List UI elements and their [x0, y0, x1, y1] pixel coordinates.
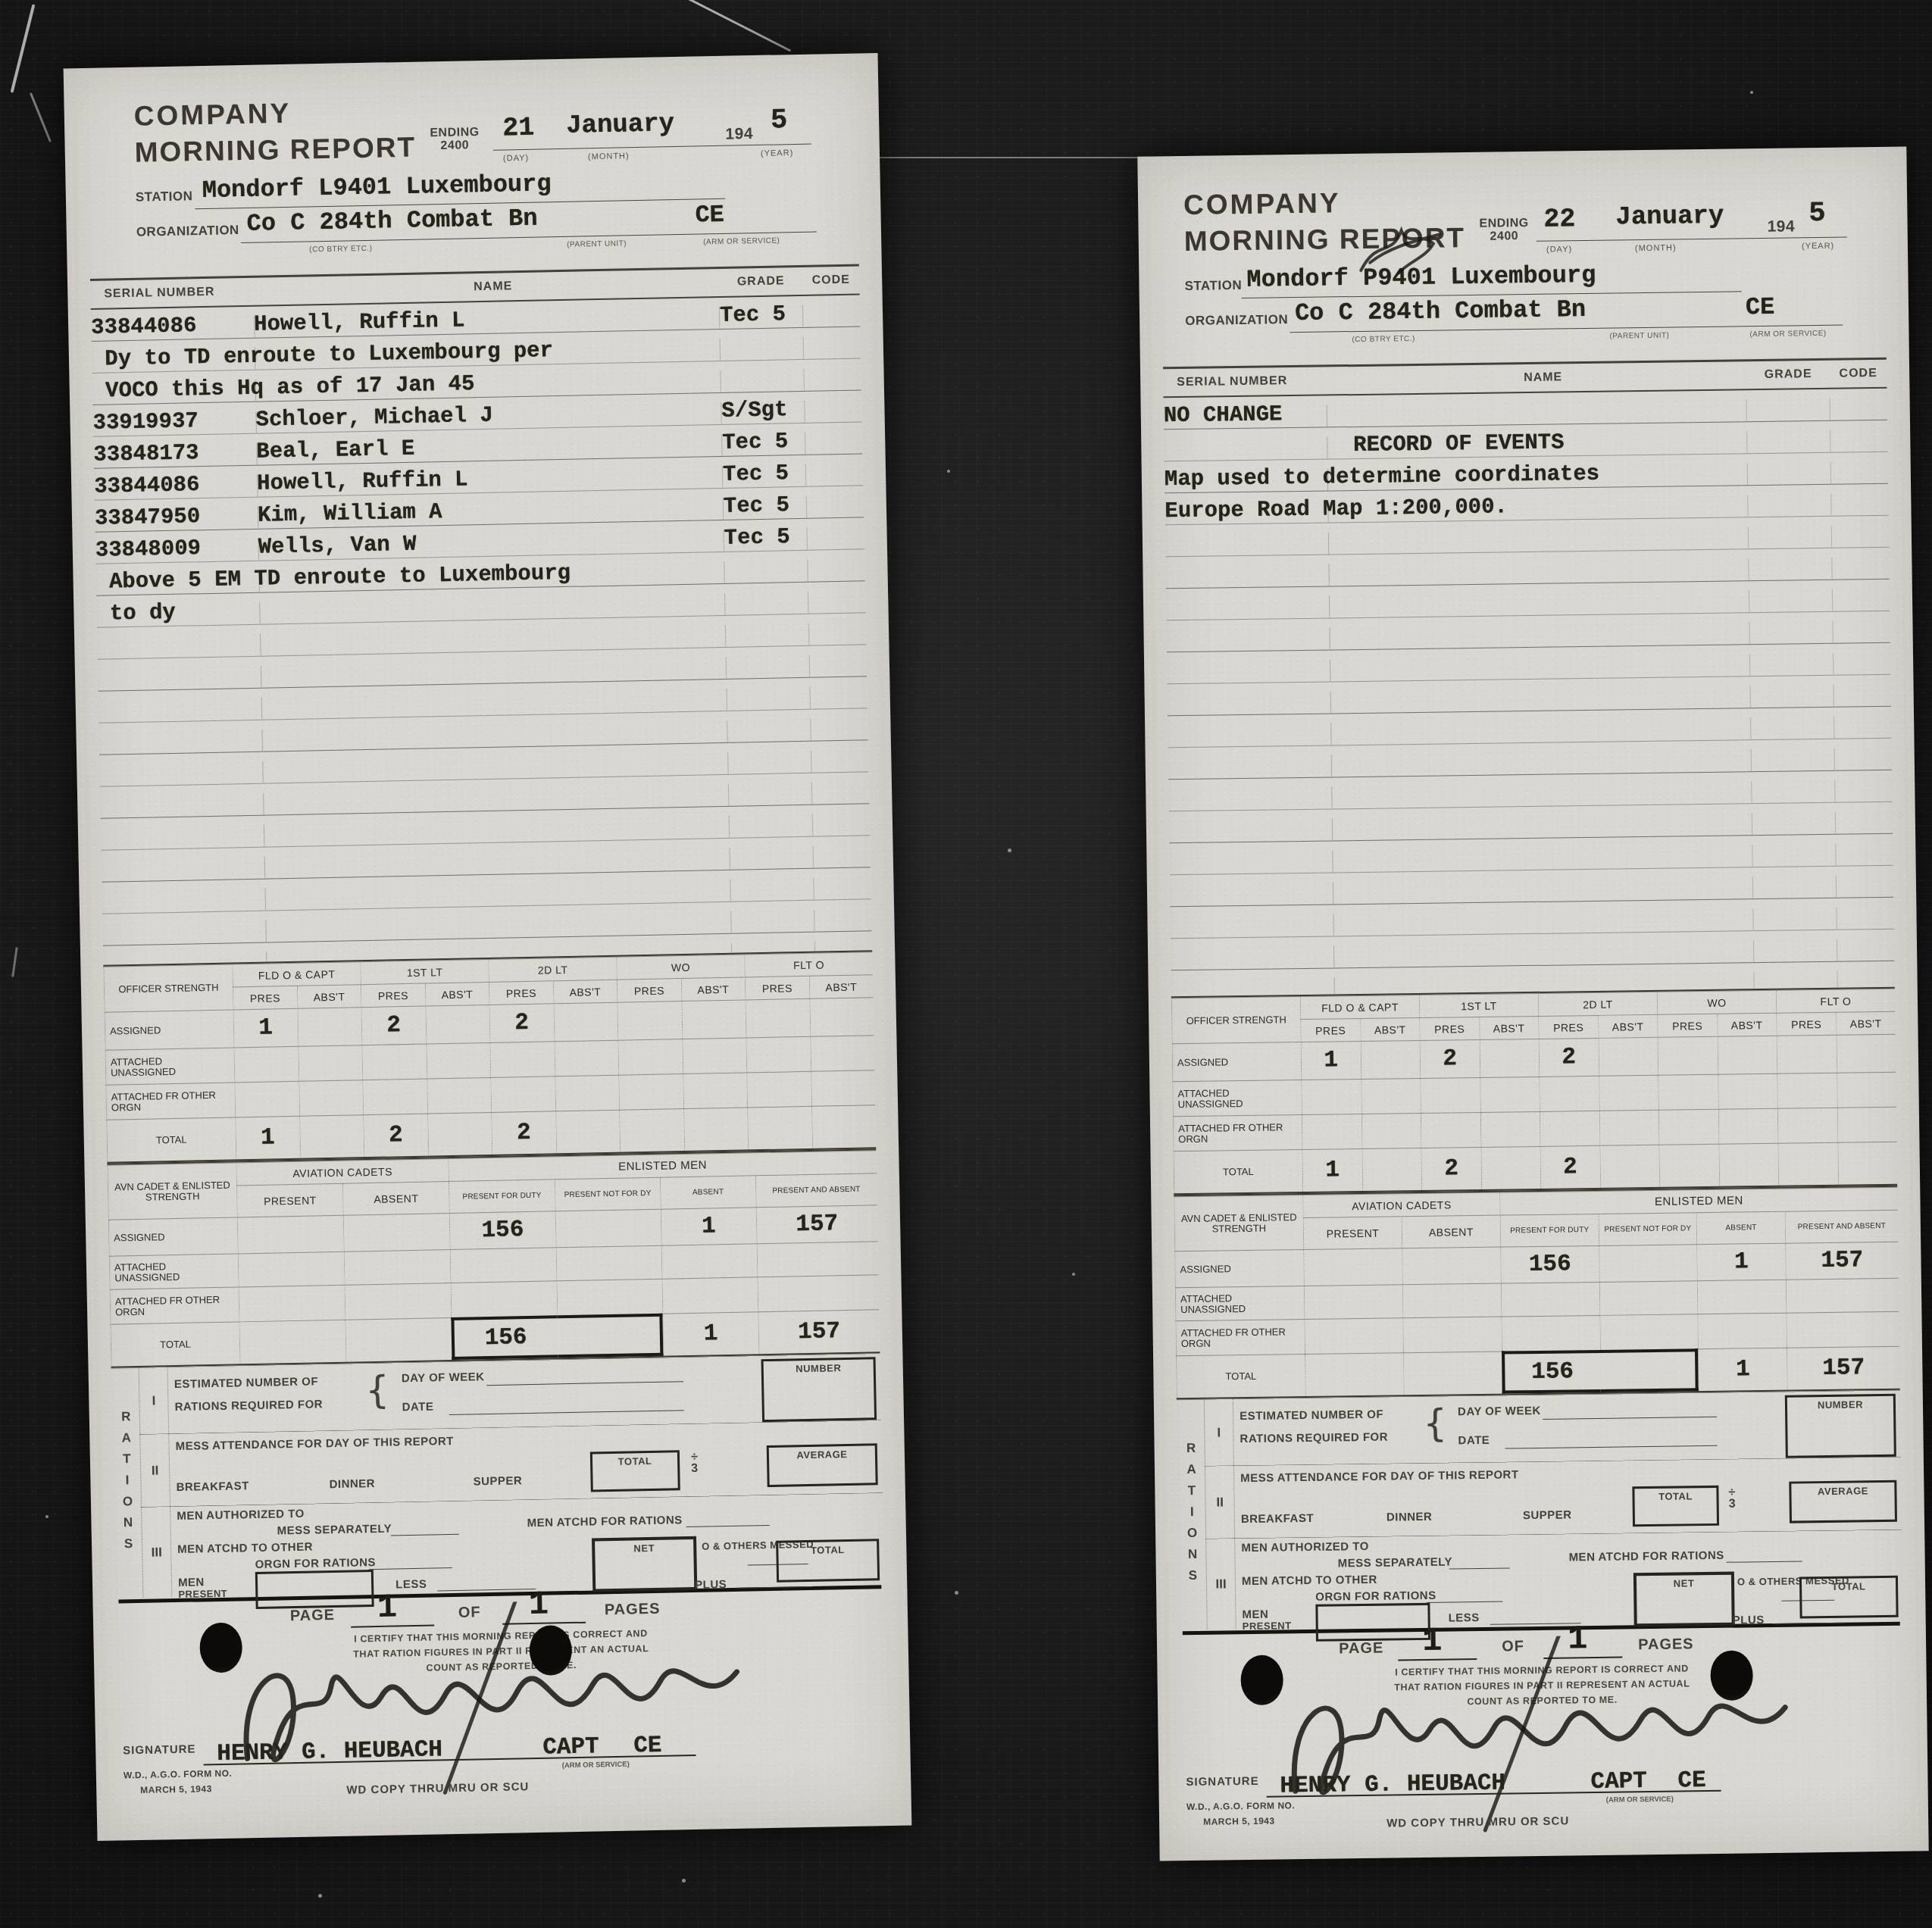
- empty-cell: [1480, 1111, 1540, 1147]
- total-box-iii: TOTAL: [776, 1539, 880, 1583]
- roster-grade: Tec 5: [723, 461, 807, 488]
- roster-serial: NO CHANGE: [1164, 402, 1327, 430]
- average-box-label: AVERAGE: [796, 1448, 847, 1461]
- rations-part-iii: MEN AUTHORIZED TO MESS SEPARATELY MEN AT…: [1234, 1530, 1902, 1630]
- roster-serial: 33848173: [93, 439, 257, 468]
- empty-cell: [1361, 1148, 1421, 1191]
- col-serial-number: SERIAL NUMBER: [90, 284, 267, 301]
- rations-vertical-label: RATIONS: [1177, 1399, 1207, 1630]
- total-box-label: TOTAL: [1832, 1580, 1866, 1592]
- row-attached-fr-other: ATTACHED FR OTHER ORGN: [105, 1082, 235, 1119]
- punch-hole: [1710, 1650, 1753, 1701]
- ending-value: 2400: [1490, 230, 1518, 242]
- empty-cell: [757, 1274, 879, 1311]
- col-name: NAME: [1340, 368, 1746, 387]
- empty-cell: [1301, 1079, 1361, 1114]
- rations-part-i: ESTIMATED NUMBER OF RATIONS REQUIRED FOR…: [1233, 1390, 1901, 1466]
- date-label: DATE: [1458, 1434, 1490, 1448]
- breakfast-label: BREAKFAST: [1241, 1512, 1314, 1526]
- empty-cell: [1697, 1280, 1786, 1314]
- total-box-label: TOTAL: [811, 1544, 845, 1556]
- signer-rank: CAPT: [1590, 1768, 1647, 1795]
- punch-hole: [199, 1622, 242, 1673]
- empty-cell: [1402, 1317, 1502, 1353]
- date-rule: [1537, 236, 1847, 241]
- col-name: NAME: [267, 276, 719, 298]
- empty-cell: [1718, 1073, 1777, 1109]
- row-total: TOTAL: [1176, 1354, 1305, 1398]
- empty-cell: [661, 1276, 757, 1313]
- pres-header: PRES: [361, 983, 425, 1008]
- row-total: TOTAL: [1174, 1149, 1303, 1193]
- roster-grade: Tec 5: [724, 524, 808, 552]
- abst-header: ABS'T: [1360, 1017, 1420, 1041]
- empty-cell: [344, 1249, 451, 1285]
- avn-cadet-stub: AVN CADET & ENLISTED STRENGTH: [107, 1162, 236, 1219]
- pres-header: PRES: [1538, 1015, 1598, 1039]
- roster-serial: to dy: [96, 598, 260, 627]
- abst-header: ABS'T: [1717, 1013, 1777, 1036]
- empty-cell: [1303, 1248, 1402, 1286]
- officer-strength-stub: OFFICER STRENGTH: [1171, 996, 1301, 1043]
- men-present-label-1: MEN: [1242, 1608, 1268, 1621]
- officer-assigned-1lt-pres: 2: [1420, 1039, 1480, 1078]
- total-box: TOTAL: [590, 1450, 680, 1492]
- plus-label: PLUS: [1733, 1614, 1765, 1627]
- empty-cell: [1836, 1034, 1896, 1073]
- fill-line: [1427, 1601, 1502, 1603]
- wd-copy-label: WD COPY THRU MRU OR SCU: [346, 1780, 529, 1797]
- empty-cell: [1304, 1317, 1403, 1354]
- abst-header: ABS'T: [808, 974, 873, 998]
- fill-line: [486, 1380, 683, 1386]
- enlisted-assigned-present-for-duty: 156: [449, 1211, 555, 1249]
- empty-cell: [756, 1241, 878, 1276]
- form-header: COMPANY MORNING REPORT ENDING 2400 22 Ja…: [1161, 168, 1887, 367]
- form-title-line1: COMPANY: [1183, 187, 1341, 221]
- row-attached-fr-other: ATTACHED FR OTHER ORGN: [1173, 1114, 1302, 1151]
- dinner-label: DINNER: [1386, 1511, 1433, 1524]
- empty-cell: [1599, 1075, 1658, 1111]
- row-assigned: ASSIGNED: [105, 1009, 234, 1049]
- rations-part-ii: MESS ATTENDANCE FOR DAY OF THIS REPORT B…: [168, 1420, 883, 1506]
- scratch-mark: [11, 4, 36, 92]
- absent-header: ABSENT: [1402, 1215, 1501, 1248]
- empty-cell: [619, 1108, 684, 1152]
- roster-grade: S/Sgt: [721, 397, 805, 424]
- empty-cell: [1420, 1077, 1480, 1113]
- month-caption: (MONTH): [1635, 243, 1677, 253]
- empty-cell: [1599, 1145, 1659, 1188]
- officer-total-2lt-pres: 2: [491, 1111, 556, 1155]
- group-fld-o-capt: FLD O & CAPT: [1300, 995, 1419, 1019]
- row-total: TOTAL: [110, 1321, 239, 1366]
- of-label: OF: [458, 1604, 481, 1622]
- empty-cell: [238, 1251, 345, 1287]
- punch-hole: [1240, 1655, 1283, 1705]
- group-wo: WO: [1657, 990, 1776, 1014]
- pres-header: PRES: [617, 978, 681, 1002]
- dinner-label: DINNER: [329, 1477, 375, 1491]
- empty-cell: [1658, 1036, 1718, 1075]
- present-for-duty-header: PRESENT FOR DUTY: [1500, 1214, 1599, 1247]
- rations-part-iii: MEN AUTHORIZED TO MESS SEPARATELY MEN AT…: [170, 1492, 884, 1597]
- group-wo: WO: [616, 954, 745, 979]
- organization-label: ORGANIZATION: [1185, 312, 1288, 329]
- men-atchd-other-label1: MEN ATCHD TO OTHER: [1242, 1573, 1377, 1588]
- enlisted-total-absent: 1: [1698, 1348, 1787, 1392]
- present-and-absent-header: PRESENT AND ABSENT: [755, 1173, 877, 1207]
- abst-header: ABS'T: [1836, 1011, 1896, 1035]
- empty-cell: [556, 1279, 662, 1316]
- roster-section: 33844086 Howell, Ruffin L Tec 5 Dy to TD…: [91, 295, 872, 964]
- men-atchd-rations-label: MEN ATCHD FOR RATIONS: [527, 1514, 683, 1530]
- men-atchd-rations-label: MEN ATCHD FOR RATIONS: [1568, 1549, 1724, 1564]
- day-of-week-label: DAY OF WEEK: [402, 1370, 485, 1385]
- mess-attendance-label: MESS ATTENDANCE FOR DAY OF THIS REPORT: [1240, 1468, 1519, 1485]
- empty-cell: [1304, 1284, 1403, 1319]
- certification-line2: THAT RATION FIGURES IN PART II REPRESENT…: [353, 1643, 649, 1659]
- empty-cell: [1480, 1076, 1540, 1112]
- fill-line: [1750, 91, 1753, 94]
- enlisted-assigned-present-for-duty: 156: [1500, 1245, 1599, 1283]
- mess-attendance-label: MESS ATTENDANCE FOR DAY OF THIS REPORT: [175, 1435, 454, 1453]
- rations-part-ii: MESS ATTENDANCE FOR DAY OF THIS REPORT B…: [1233, 1457, 1902, 1539]
- row-assigned: ASSIGNED: [1174, 1249, 1304, 1287]
- empty-cell: [450, 1280, 556, 1317]
- page-number: 1: [377, 1589, 397, 1626]
- officer-total-1lt-pres: 2: [363, 1114, 428, 1158]
- empty-cell: [746, 1036, 810, 1073]
- average-box-label: AVERAGE: [1818, 1485, 1868, 1497]
- present-header: PRESENT: [1303, 1216, 1402, 1249]
- empty-cell: [450, 1247, 556, 1283]
- co-btry-caption: (CO BTRY ETC.): [1352, 335, 1415, 344]
- empty-cell: [810, 1035, 874, 1071]
- form-header: COMPANY MORNING REPORT ENDING 2400 21 Ja…: [86, 74, 859, 278]
- number-box: NUMBER: [1785, 1394, 1896, 1458]
- group-2d-lt: 2D LT: [488, 957, 617, 982]
- signature-label: SIGNATURE: [1186, 1775, 1258, 1789]
- col-grade: GRADE: [719, 274, 802, 289]
- enlisted-assigned-present-and-absent: 157: [1785, 1242, 1899, 1280]
- empty-cell: [554, 1040, 618, 1076]
- ending-word: ENDING: [430, 126, 480, 139]
- officer-total-fld-pres: 1: [235, 1116, 300, 1160]
- empty-cell: [361, 1044, 426, 1080]
- certification-line1: I CERTIFY THAT THIS MORNING REPORT IS CO…: [1395, 1663, 1689, 1677]
- present-not-for-dy-header: PRESENT NOT FOR DY: [554, 1177, 660, 1211]
- morning-report-left: COMPANY MORNING REPORT ENDING 2400 21 Ja…: [64, 53, 912, 1841]
- year-caption: (YEAR): [1802, 242, 1834, 252]
- absent-header: ABSENT: [342, 1181, 449, 1215]
- officer-assigned-fld-pres: 1: [233, 1008, 298, 1048]
- roster-serial: 33848009: [95, 535, 259, 564]
- year-prefix: 194: [1767, 217, 1795, 236]
- empty-cell: [427, 1112, 492, 1156]
- empty-cell: [1539, 1076, 1599, 1111]
- men-present-label-1: MEN: [178, 1576, 205, 1589]
- fill-line: [1449, 1567, 1510, 1569]
- empty-cell: [1658, 1144, 1718, 1187]
- day-caption: (DAY): [503, 154, 529, 164]
- empty-cell: [234, 1081, 299, 1117]
- of-label: OF: [1502, 1638, 1524, 1655]
- empty-cell: [1540, 1111, 1599, 1146]
- number-box: NUMBER: [761, 1357, 877, 1422]
- number-box-label: NUMBER: [1818, 1398, 1863, 1411]
- empty-cell: [1599, 1110, 1658, 1145]
- signature-label: SIGNATURE: [123, 1743, 196, 1758]
- empty-cell: [555, 1245, 661, 1281]
- empty-cell: [1600, 1348, 1699, 1392]
- supper-label: SUPPER: [473, 1474, 522, 1488]
- officer-strength-stub: OFFICER STRENGTH: [103, 964, 233, 1011]
- number-box-label: NUMBER: [796, 1362, 841, 1374]
- abst-header: ABS'T: [1479, 1016, 1539, 1039]
- empty-cell: [239, 1285, 345, 1322]
- total-box: TOTAL: [1632, 1486, 1719, 1526]
- empty-cell: [1777, 1035, 1837, 1073]
- empty-cell: [1718, 1143, 1778, 1186]
- rations-vertical-label: RATIONS: [111, 1367, 143, 1598]
- pres-header: PRES: [489, 980, 553, 1005]
- absent-header: ABSENT: [1696, 1211, 1785, 1245]
- rations-section: RATIONS I ESTIMATED NUMBER OF RATIONS RE…: [111, 1353, 885, 1598]
- enlisted-strength-table: AVN CADET & ENLISTED STRENGTH AVIATION C…: [107, 1148, 880, 1367]
- empty-cell: [239, 1320, 345, 1364]
- station-value: Mondorf P9401 Luxembourg: [1246, 261, 1596, 294]
- pages-count: 1: [528, 1586, 549, 1624]
- scratch-mark: [11, 947, 18, 977]
- empty-cell: [555, 1075, 619, 1111]
- men-atchd-other-label1: MEN ATCHD TO OTHER: [177, 1541, 313, 1556]
- empty-cell: [345, 1283, 452, 1320]
- empty-cell: [617, 1001, 681, 1040]
- scratch-mark: [30, 92, 52, 142]
- row-attached-unassigned: ATTACHED UNASSIGNED: [105, 1047, 235, 1084]
- empty-cell: [237, 1215, 344, 1254]
- group-1st-lt: 1ST LT: [1419, 993, 1538, 1017]
- report-day: 21: [502, 113, 535, 144]
- pres-header: PRES: [1776, 1012, 1836, 1036]
- part-iii-numeral: III: [141, 1506, 171, 1598]
- row-attached-unassigned: ATTACHED UNASSIGNED: [1175, 1286, 1305, 1320]
- roster-serial: 33919937: [92, 408, 256, 436]
- group-2d-lt: 2D LT: [1538, 992, 1657, 1016]
- date-label: DATE: [402, 1400, 433, 1414]
- roster-grade: Tec 5: [720, 302, 804, 329]
- ending-word: ENDING: [1479, 217, 1528, 230]
- station-label: STATION: [136, 189, 193, 205]
- fill-line: [369, 1567, 452, 1570]
- supper-label: SUPPER: [1523, 1508, 1572, 1522]
- roster-serial: 33844086: [91, 312, 255, 341]
- abst-header: ABS'T: [424, 982, 489, 1006]
- empty-cell: [1698, 1313, 1787, 1349]
- enlisted-total-absent: 1: [662, 1311, 758, 1355]
- month-caption: (MONTH): [588, 152, 630, 161]
- parent-unit-caption: (PARENT UNIT): [1609, 332, 1669, 341]
- roster-serial: Dy to TD enroute to Luxembourg per: [92, 344, 255, 373]
- page-certification: PAGE 1 OF 1 PAGES I CERTIFY THAT THIS MO…: [1180, 1626, 1905, 1732]
- group-flt-o: FLT O: [744, 952, 873, 976]
- empty-cell: [1361, 1113, 1421, 1148]
- fill-line: [682, 1879, 686, 1883]
- empty-cell: [1786, 1311, 1899, 1348]
- total-box-iii: TOTAL: [1799, 1576, 1899, 1619]
- fill-line: [1008, 848, 1011, 852]
- group-aviation-cadets: AVIATION CADETS: [1302, 1192, 1499, 1217]
- fill-line: [947, 470, 950, 473]
- present-not-for-dy-header: PRESENT NOT FOR DY: [1598, 1212, 1696, 1245]
- empty-cell: [1421, 1112, 1480, 1148]
- brace-glyph: {: [365, 1368, 390, 1413]
- fill-line: [1072, 1273, 1075, 1276]
- men-present-label-2: PRESENT: [178, 1588, 227, 1600]
- roster-serial: Above 5 EM TD enroute to Luxembourg: [95, 567, 259, 595]
- form-date-label: MARCH 5, 1943: [1203, 1816, 1275, 1827]
- fill-line: [45, 1515, 48, 1518]
- net-box: NET: [592, 1536, 697, 1592]
- empty-cell: [661, 1243, 757, 1278]
- men-authorized-label: MEN AUTHORIZED TO: [177, 1508, 305, 1523]
- arm-service-caption: (ARM OR SERVICE): [1749, 330, 1826, 339]
- pres-header: PRES: [1300, 1018, 1360, 1042]
- signer-branch: CE: [633, 1733, 662, 1760]
- ending-label: ENDING 2400: [430, 126, 480, 152]
- pres-header: PRES: [745, 976, 809, 1000]
- abst-header: ABS'T: [680, 976, 745, 1001]
- mess-separately-label: MESS SEPARATELY: [1338, 1555, 1453, 1570]
- fill-line: [686, 1524, 770, 1527]
- roster-serial: Map used to determine coordinates: [1165, 464, 1327, 492]
- organization-label: ORGANIZATION: [136, 223, 239, 240]
- grade-arm-caption: (ARM OR SERVICE): [562, 1761, 630, 1770]
- empty-cell: [745, 998, 809, 1038]
- fill-line: [449, 1409, 684, 1415]
- morning-report-right: COMPANY MORNING REPORT ENDING 2400 22 Ja…: [1137, 146, 1928, 1861]
- part-iii-numeral: III: [1205, 1538, 1236, 1629]
- fill-line: [318, 1894, 322, 1898]
- men-atchd-other-label2: ORGN FOR RATIONS: [1315, 1589, 1436, 1604]
- fill-line: [391, 1533, 459, 1536]
- enlisted-assigned-absent: 1: [1696, 1243, 1785, 1281]
- empty-cell: [809, 997, 874, 1036]
- officer-assigned-fld-pres: 1: [1301, 1041, 1361, 1080]
- breakfast-label: BREAKFAST: [176, 1480, 249, 1494]
- officer-assigned-1lt-pres: 2: [361, 1006, 425, 1045]
- row-assigned: ASSIGNED: [108, 1217, 238, 1255]
- page-certification: PAGE 1 OF 1 PAGES I CERTIFY THAT THIS MO…: [116, 1589, 886, 1700]
- abst-header: ABS'T: [552, 980, 617, 1004]
- empty-cell: [618, 1073, 683, 1110]
- present-for-duty-header: PRESENT FOR DUTY: [449, 1179, 555, 1213]
- signer-branch: CE: [1677, 1767, 1706, 1794]
- parent-unit-caption: (PARENT UNIT): [567, 239, 627, 249]
- group-1st-lt: 1ST LT: [360, 959, 489, 984]
- rations-section: RATIONS I ESTIMATED NUMBER OF RATIONS RE…: [1177, 1390, 1903, 1630]
- fill-line: [1543, 1657, 1622, 1659]
- empty-cell: [1658, 1109, 1718, 1145]
- signer-name: HENRY G. HEUBACH: [217, 1736, 442, 1767]
- pres-header: PRES: [1419, 1017, 1479, 1040]
- organization-value: Co C 284th Combat Bn: [246, 205, 538, 238]
- col-code: CODE: [1830, 367, 1887, 381]
- empty-cell: [553, 1002, 617, 1042]
- fill-line: [955, 1591, 958, 1595]
- certification-line2: THAT RATION FIGURES IN PART II REPRESENT…: [1394, 1678, 1690, 1692]
- empty-cell: [555, 1110, 621, 1154]
- fill-line: [351, 1625, 434, 1628]
- pages-label: PAGES: [605, 1601, 661, 1619]
- estimated-number-line2: RATIONS REQUIRED FOR: [1240, 1431, 1388, 1446]
- year-prefix: 194: [725, 125, 753, 144]
- net-box-label: NET: [633, 1542, 655, 1555]
- pages-label: PAGES: [1638, 1636, 1694, 1654]
- divide-by-three: ÷ 3: [1728, 1487, 1735, 1510]
- fill-line: [1543, 1416, 1717, 1420]
- part-ii-numeral: II: [139, 1433, 170, 1507]
- empty-cell: [1777, 1142, 1837, 1186]
- officer-assigned-2lt-pres: 2: [1539, 1038, 1599, 1076]
- empty-cell: [427, 1077, 491, 1114]
- empty-cell: [489, 1041, 554, 1077]
- roster-name: RECORD OF EVENTS: [1327, 427, 1747, 458]
- day-of-week-label: DAY OF WEEK: [1458, 1405, 1541, 1418]
- officer-total-2lt-pres: 2: [1540, 1145, 1599, 1189]
- row-attached-unassigned: ATTACHED UNASSIGNED: [109, 1253, 239, 1289]
- empty-cell: [343, 1213, 450, 1251]
- enlisted-total-present-and-absent: 157: [1787, 1346, 1900, 1390]
- fill-line: [437, 1588, 536, 1591]
- row-total: TOTAL: [106, 1117, 236, 1161]
- empty-cell: [811, 1070, 875, 1106]
- station-label: STATION: [1184, 278, 1242, 294]
- empty-cell: [1599, 1314, 1698, 1350]
- empty-cell: [1501, 1315, 1599, 1351]
- empty-cell: [1402, 1283, 1502, 1318]
- form-title-line2: MORNING REPORT: [134, 132, 416, 169]
- report-year: 5: [771, 105, 788, 136]
- report-year: 5: [1809, 198, 1826, 230]
- empty-cell: [299, 1114, 364, 1158]
- empty-cell: [362, 1079, 427, 1115]
- estimated-number-line1: ESTIMATED NUMBER OF: [174, 1375, 318, 1391]
- enlisted-total-present-for-duty: 156: [451, 1315, 558, 1360]
- empty-cell: [1480, 1146, 1540, 1189]
- empty-cell: [345, 1317, 452, 1362]
- co-btry-caption: (CO BTRY ETC.): [309, 245, 373, 255]
- empty-cell: [233, 1046, 298, 1083]
- record-of-events-section: NO CHANGE RECORD OF EVENTS Map used to d…: [1163, 389, 1894, 996]
- empty-cell: [1598, 1037, 1658, 1076]
- report-month: January: [1615, 202, 1724, 233]
- empty-cell: [681, 999, 746, 1039]
- fill-line: [1727, 1560, 1802, 1562]
- pres-header: PRES: [233, 986, 297, 1010]
- wd-copy-label: WD COPY THRU MRU OR SCU: [1386, 1814, 1569, 1830]
- empty-cell: [1501, 1282, 1599, 1317]
- group-fld-o-capt: FLD O & CAPT: [232, 961, 361, 986]
- present-and-absent-header: PRESENT AND ABSENT: [1785, 1210, 1899, 1243]
- empty-cell: [426, 1042, 490, 1079]
- divisor-three: 3: [1729, 1498, 1736, 1511]
- signer-name: HENRY G. HEUBACH: [1280, 1770, 1505, 1800]
- fill-line: [1398, 1658, 1477, 1661]
- ending-value: 2400: [440, 139, 469, 152]
- empty-cell: [1837, 1072, 1896, 1108]
